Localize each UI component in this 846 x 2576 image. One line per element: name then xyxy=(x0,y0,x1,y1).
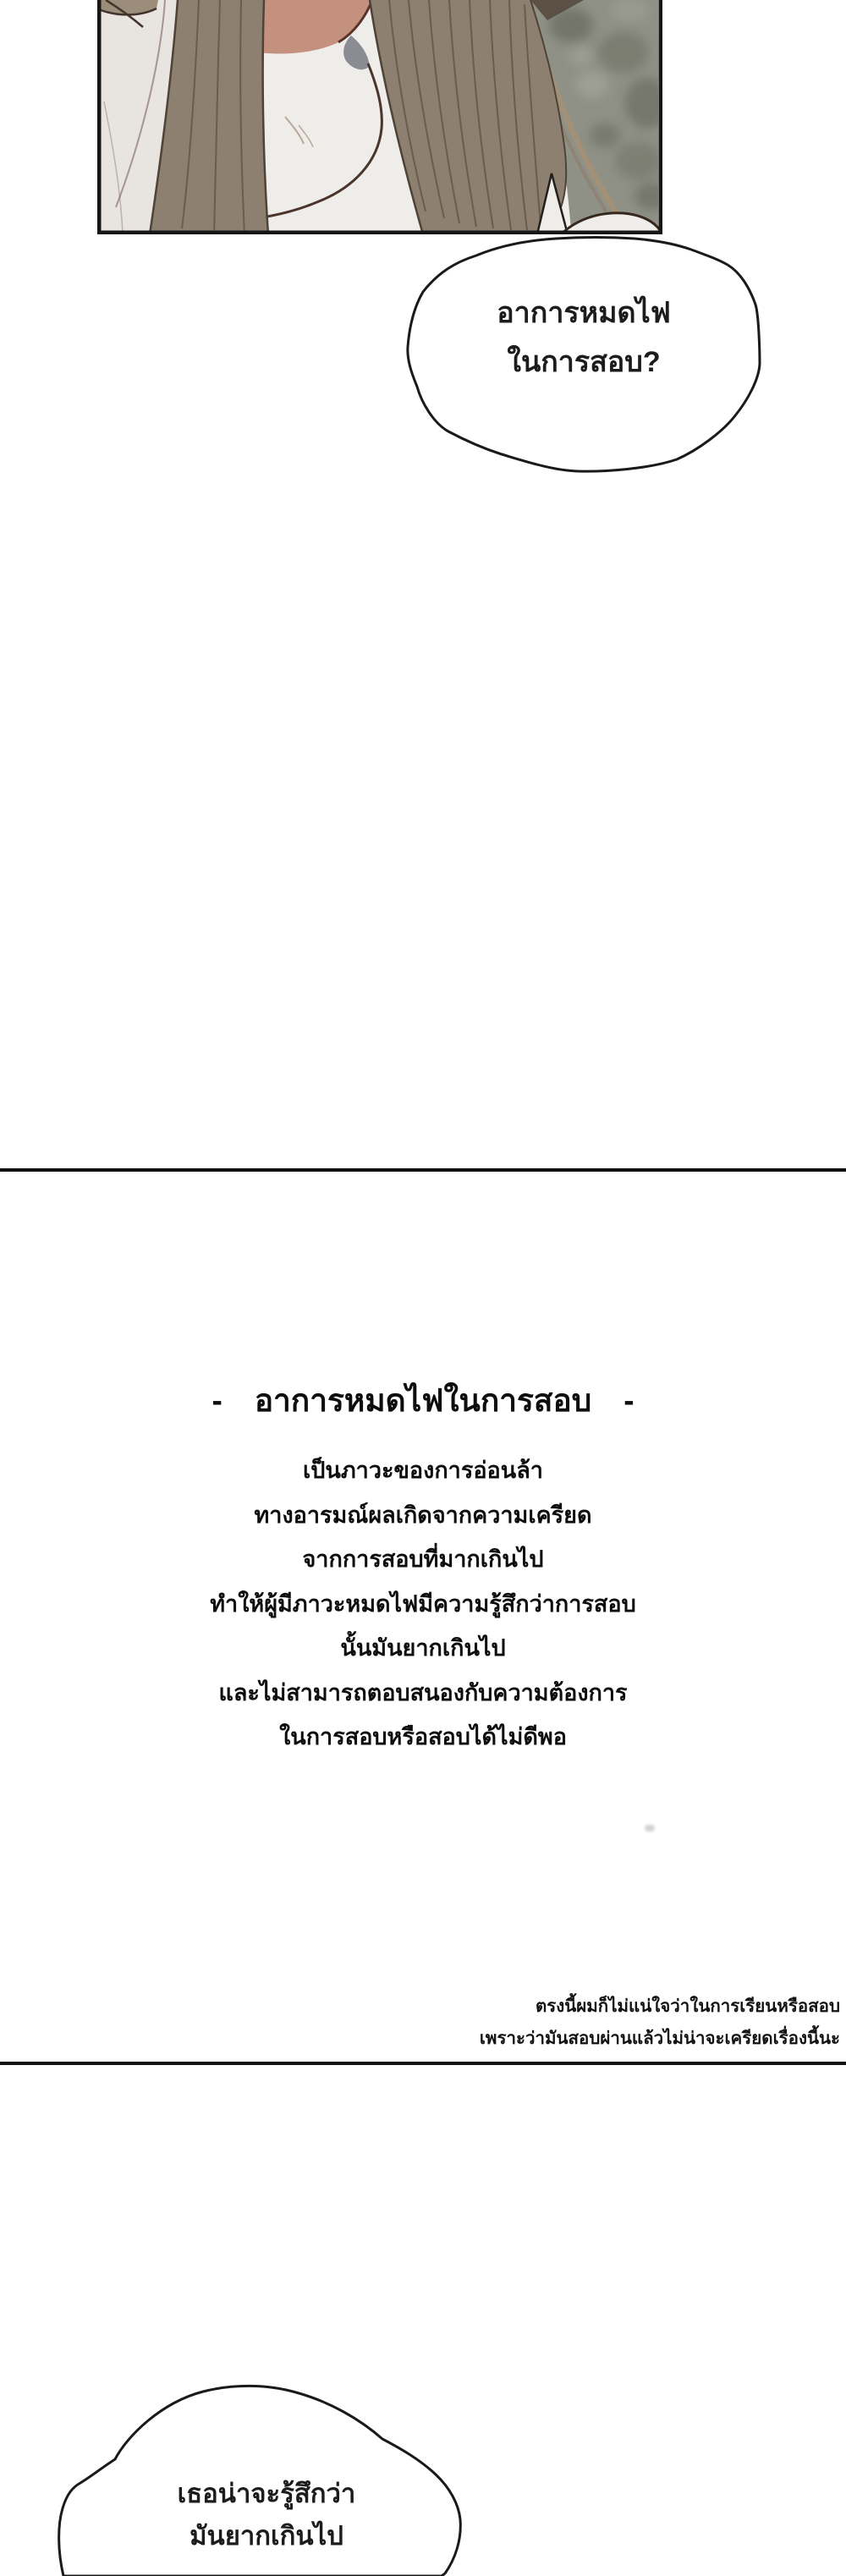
translator-note-line: เพราะว่ามันสอบผ่านแล้วไม่น่าจะเครียดเรื่… xyxy=(332,2023,840,2055)
definition-heading: - อาการหมดไฟในการสอบ - xyxy=(0,1378,846,1424)
speech-line: ในการสอบ? xyxy=(406,338,761,387)
translator-note-line: ตรงนี้ผมก็ไม่แน่ใจว่าในการเรียนหรือสอบ xyxy=(332,1991,840,2023)
speech-line: อาการหมดไฟ xyxy=(406,288,761,338)
section-divider-top xyxy=(0,1168,846,1172)
thought-line: เธอน่าจะรู้สึกว่า xyxy=(97,2473,436,2515)
translator-note: ตรงนี้ผมก็ไม่แน่ใจว่าในการเรียนหรือสอบ เ… xyxy=(332,1991,840,2054)
thought-line: มันยากเกินไป xyxy=(97,2515,436,2557)
webtoon-page: อาการหมดไฟ ในการสอบ? - อาการหมดไฟในการสอ… xyxy=(0,0,846,2576)
heading-dash-right: - xyxy=(624,1378,634,1424)
definition-line: ในการสอบหรือสอบได้ไม่ดีพอ xyxy=(0,1715,846,1760)
definition-line: เป็นภาวะของการอ่อนล้า xyxy=(0,1448,846,1493)
panel-border-left xyxy=(97,0,102,234)
definition-line: ทางอารมณ์ผลเกิดจากความเครียด xyxy=(0,1493,846,1538)
heading-dash-left: - xyxy=(211,1378,222,1424)
definition-line: ทำให้ผู้มีภาวะหมดไฟมีความรู้สึกว่าการสอบ xyxy=(0,1582,846,1627)
thought-bubble-bottom-text: เธอน่าจะรู้สึกว่า มันยากเกินไป xyxy=(97,2473,436,2557)
definition-line: นั้นมันยากเกินไป xyxy=(0,1626,846,1671)
faint-stray-mark xyxy=(645,1825,655,1832)
panel-border-right xyxy=(659,0,663,234)
comic-panel-artwork xyxy=(97,0,662,234)
speech-bubble-top-text: อาการหมดไฟ ในการสอบ? xyxy=(406,288,761,387)
definition-body: เป็นภาวะของการอ่อนล้า ทางอารมณ์ผลเกิดจาก… xyxy=(0,1448,846,1760)
definition-line: จากการสอบที่มากเกินไป xyxy=(0,1537,846,1582)
heading-title: อาการหมดไฟในการสอบ xyxy=(255,1378,591,1424)
definition-line: และไม่สามารถตอบสนองกับความต้องการ xyxy=(0,1671,846,1716)
section-divider-bottom xyxy=(0,2062,846,2065)
